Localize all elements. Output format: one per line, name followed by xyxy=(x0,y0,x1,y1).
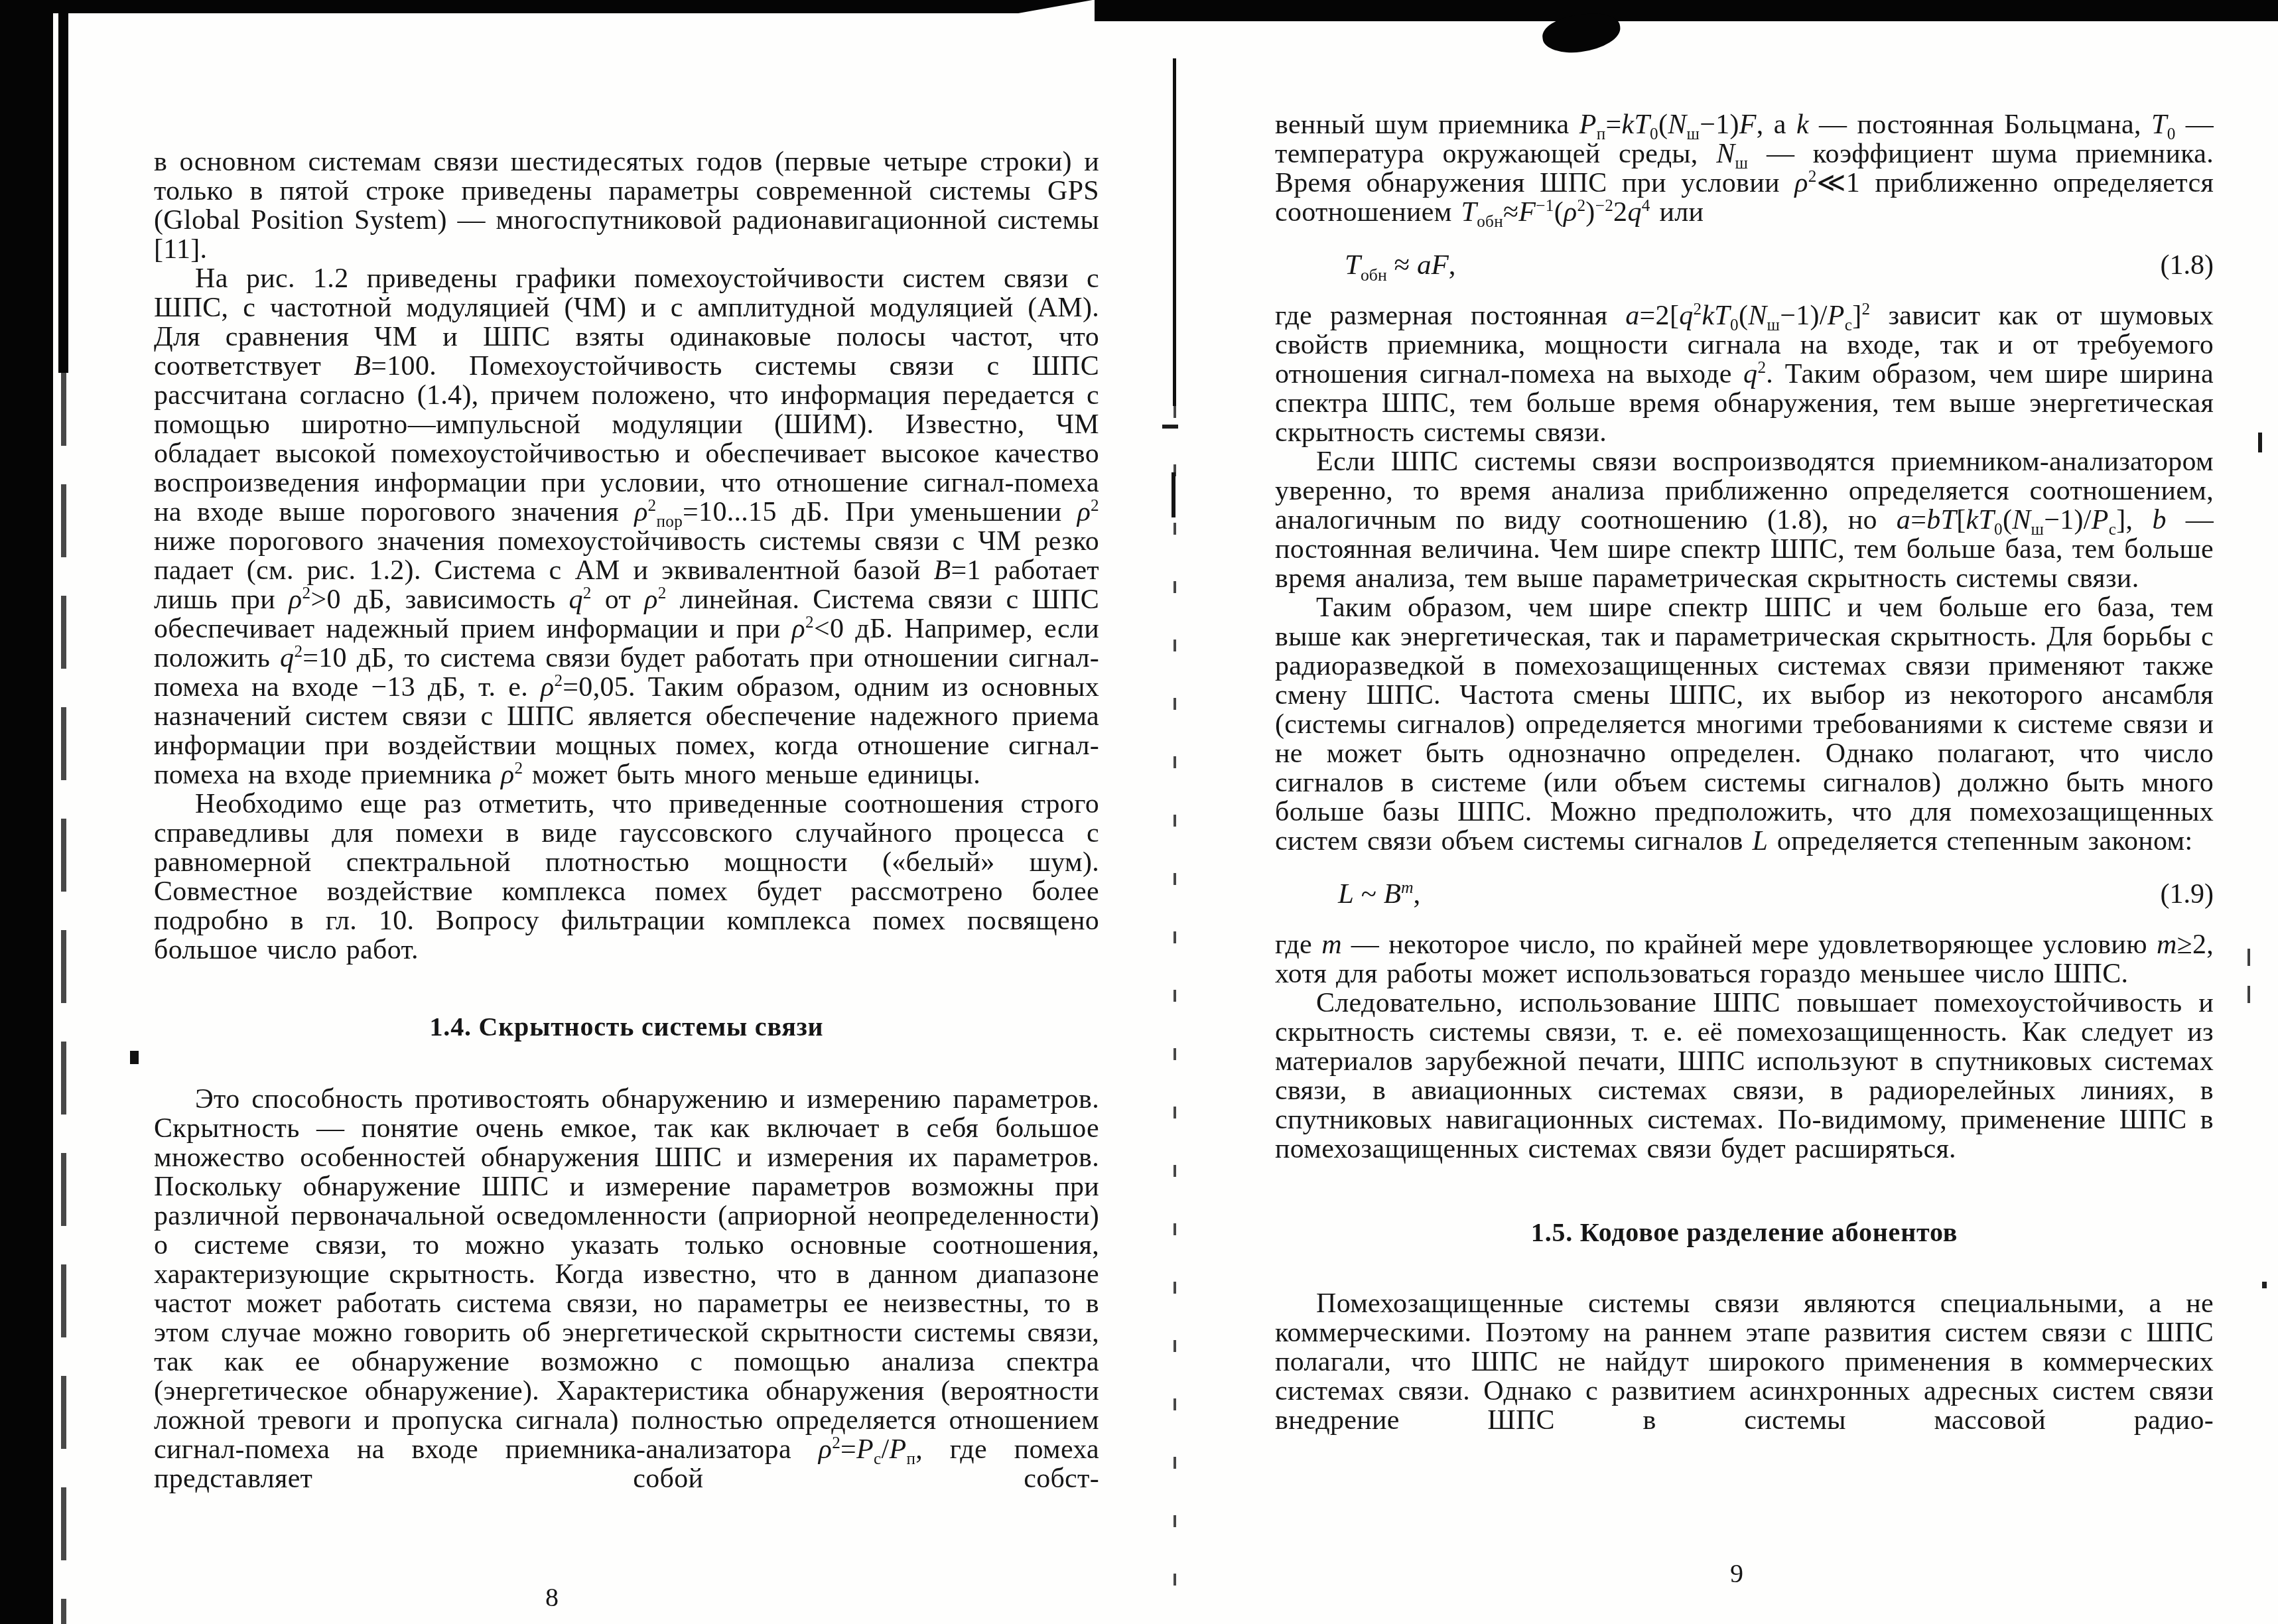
page-right: венный шум приемника Pп=kT0(Nш−1)F, а k … xyxy=(1275,110,2214,1435)
page-number-left: 8 xyxy=(545,1582,559,1613)
paragraph: Это способность противостоять обнаружени… xyxy=(154,1085,1099,1493)
formula-1-9: L ~ Bm, (1.9) xyxy=(1275,878,2214,910)
scan-right-edge-dash xyxy=(2258,433,2262,452)
scan-binding-shadow-left xyxy=(0,0,53,1624)
section-heading-1-5: 1.5. Кодовое разделение абонентов xyxy=(1275,1217,2214,1248)
paragraph: Если ШПС системы связи воспроизводятся п… xyxy=(1275,447,2214,593)
section-heading-1-4: 1.4. Скрытность системы связи xyxy=(154,1011,1099,1042)
paragraph: На рис. 1.2 приведены графики помехоусто… xyxy=(154,264,1099,789)
scan-gutter-line xyxy=(1173,58,1176,406)
scan-right-edge-dot xyxy=(2262,1282,2267,1288)
scan-page-edge-line xyxy=(58,4,68,373)
scan-edge-top-left xyxy=(0,0,1018,13)
paragraph: где m — некоторое число, по крайней мере… xyxy=(1275,930,2214,988)
formula-number: (1.9) xyxy=(2161,878,2214,910)
formula-body: L ~ Bm, xyxy=(1338,878,1420,910)
page-left: в основном системам связи шестидесятых г… xyxy=(154,147,1099,1493)
paragraph: венный шум приемника Pп=kT0(Nш−1)F, а k … xyxy=(1275,110,2214,227)
scan-gutter-dashes xyxy=(1173,406,1176,1613)
formula-1-8: Tобн ≈ aF, (1.8) xyxy=(1275,249,2214,281)
paragraph: Следовательно, использование ШПС повышае… xyxy=(1275,988,2214,1164)
scan-right-edge-dashes xyxy=(2247,949,2250,1015)
scan-edge-top-right xyxy=(1095,0,2278,21)
scan-margin-speck xyxy=(130,1051,139,1064)
scan-edge-top-wedge xyxy=(1018,0,1093,13)
scan-page-edge-line-faint xyxy=(61,373,66,1624)
page-number-right: 9 xyxy=(1730,1558,1743,1589)
scanned-book-spread: в основном системам связи шестидесятых г… xyxy=(0,0,2278,1624)
formula-number: (1.8) xyxy=(2161,249,2214,281)
paragraph: Необходимо еще раз отметить, что приведе… xyxy=(154,789,1099,965)
paragraph: где размерная постоянная a=2[q2kT0(Nш−1)… xyxy=(1275,301,2214,447)
formula-body: Tобн ≈ aF, xyxy=(1345,249,1455,281)
paragraph: в основном системам связи шестидесятых г… xyxy=(154,147,1099,264)
paragraph: Помехозащищенные системы связи являются … xyxy=(1275,1289,2214,1435)
scan-gutter-segment xyxy=(1172,472,1175,517)
scan-gutter-tick xyxy=(1162,425,1178,429)
paragraph: Таким образом, чем шире спектр ШПС и чем… xyxy=(1275,593,2214,856)
